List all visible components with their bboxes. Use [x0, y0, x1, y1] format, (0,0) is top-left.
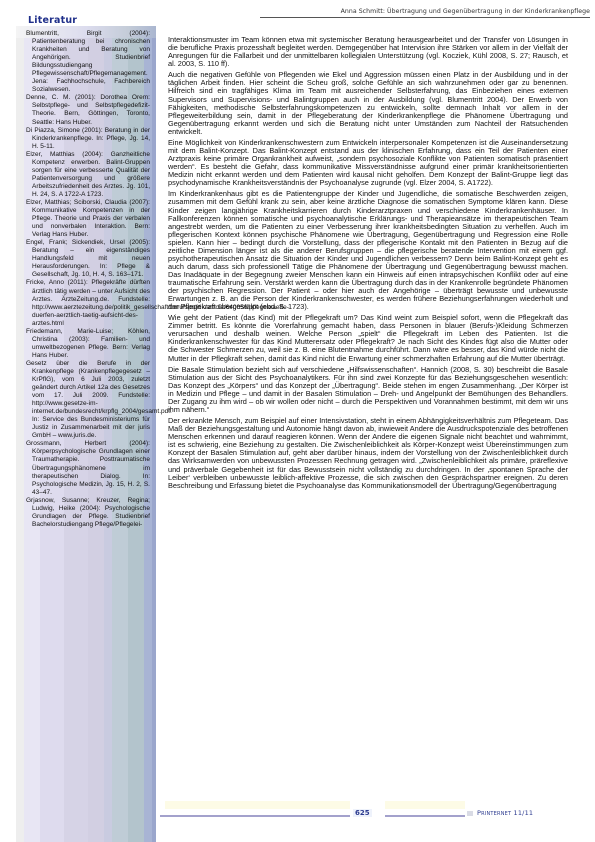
footer-rule-left	[160, 815, 350, 817]
reference-item: Gesetz über die Berufe in der Krankenpfl…	[26, 360, 150, 440]
article-body: Interaktionsmuster im Team können etwa m…	[168, 36, 568, 493]
reference-item: Grjasnow, Susanne; Kreuzer, Regina; Ludw…	[26, 497, 150, 529]
reference-item: Di Piazza, Simone (2001): Beratung in de…	[26, 127, 150, 151]
journal-marker-icon	[467, 811, 473, 816]
body-paragraph: Wie geht der Patient (das Kind) mit der …	[168, 314, 568, 362]
reference-item: Friedemann, Marie-Luise; Köhlen, Christi…	[26, 328, 150, 360]
reference-item: Grossmann, Herbert (2004): Körperpsychol…	[26, 440, 150, 496]
page-number: 625	[353, 809, 372, 817]
reference-item: Fricke, Anno (2011): Pflegekräfte dürfte…	[26, 279, 150, 327]
body-paragraph: Auch die negativen Gefühle von Pflegende…	[168, 71, 568, 135]
reference-item: Elzer, Matthias (2004): Ganzheitliche Ko…	[26, 151, 150, 199]
footer-rule-right	[385, 815, 465, 817]
running-head: Anna Schmitt: Übertragung und Gegenübert…	[260, 8, 590, 18]
journal-issue: Printernet 11/11	[477, 809, 533, 817]
reference-item: Blumentritt, Birgit (2004): Patientenber…	[26, 30, 150, 94]
reference-list: Blumentritt, Birgit (2004): Patientenber…	[26, 30, 150, 529]
body-paragraph: Eine Möglichkeit von Kinderkrankenschwes…	[168, 139, 568, 187]
reference-item: Denne, C. M. (2001): Dorothea Orem: Selb…	[26, 94, 150, 126]
reference-item: Engel, Frank; Sickendiek, Ursel (2005): …	[26, 239, 150, 279]
body-paragraph: Der erkrankte Mensch, zum Beispiel auf e…	[168, 417, 568, 489]
body-paragraph: Im Kinderkrankenhaus gibt es die Patient…	[168, 190, 568, 311]
body-paragraph: Die Basale Stimulation bezieht sich auf …	[168, 366, 568, 414]
reference-item: Elzer, Matthias; Sciborski, Claudia (200…	[26, 199, 150, 239]
body-paragraph: Interaktionsmuster im Team können etwa m…	[168, 36, 568, 68]
references-heading: Literatur	[28, 15, 77, 26]
footer-highlight-band	[165, 801, 350, 809]
footer-highlight-band	[385, 801, 465, 809]
